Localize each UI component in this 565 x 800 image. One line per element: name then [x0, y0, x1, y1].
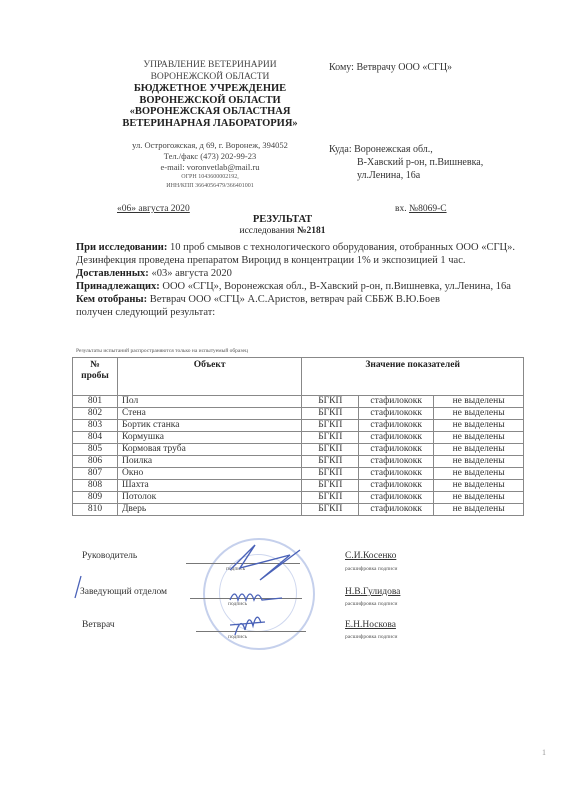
org-line: ВОРОНЕЖСКОЙ ОБЛАСТИ — [100, 72, 320, 84]
header-sample-number: № пробы — [73, 358, 118, 396]
group-name: БГКП — [302, 480, 359, 492]
owner-info: Принадлежащих: ООО «СГЦ», Воронежская об… — [76, 280, 526, 293]
sample-number: 810 — [73, 504, 118, 516]
object-name: Потолок — [117, 492, 301, 504]
object-name: Стена — [117, 408, 301, 420]
indicator-name: стафилококк — [359, 456, 434, 468]
group-name: БГКП — [302, 408, 359, 420]
result-value: не выделены — [434, 504, 524, 516]
group-name: БГКП — [302, 420, 359, 432]
owner-label: Принадлежащих: — [76, 281, 160, 292]
org-address: ул. Острогожская, д 69, г. Воронеж, 3940… — [100, 140, 320, 151]
name-caption: расшифровка подписи — [345, 566, 397, 572]
result-value: не выделены — [434, 432, 524, 444]
indicator-name: стафилококк — [359, 480, 434, 492]
group-name: БГКП — [302, 468, 359, 480]
research-label: При исследовании: — [76, 242, 167, 253]
group-name: БГКП — [302, 444, 359, 456]
indicator-name: стафилококк — [359, 396, 434, 408]
results-note: Результаты испытаний распространяются то… — [76, 348, 248, 354]
indicator-name: стафилококк — [359, 444, 434, 456]
org-line: ВЕТЕРИНАРНАЯ ЛАБОРАТОРИЯ» — [100, 118, 320, 130]
recipient-to: Кому: Ветврачу ООО «СГЦ» — [329, 62, 452, 73]
object-name: Пол — [117, 396, 301, 408]
sample-number: 805 — [73, 444, 118, 456]
research-text: 10 проб смывов с технологического оборуд… — [167, 242, 515, 253]
group-name: БГКП — [302, 492, 359, 504]
org-line: «ВОРОНЕЖСКАЯ ОБЛАСТНАЯ — [100, 106, 320, 118]
delivered-label: Доставленных: — [76, 268, 149, 279]
sampled-label: Кем отобраны: — [76, 294, 147, 305]
organization-contacts: ул. Острогожская, д 69, г. Воронеж, 3940… — [100, 140, 320, 191]
subtitle-prefix: исследования — [240, 226, 297, 236]
group-name: БГКП — [302, 504, 359, 516]
group-name: БГКП — [302, 432, 359, 444]
header-values: Значение показателей — [302, 358, 524, 396]
result-value: не выделены — [434, 468, 524, 480]
incoming-number: вх. №8069-С — [395, 204, 447, 214]
result-value: не выделены — [434, 444, 524, 456]
result-value: не выделены — [434, 492, 524, 504]
research-details: При исследовании: 10 проб смывов с техно… — [76, 241, 526, 319]
object-name: Шахта — [117, 480, 301, 492]
signatory-name: С.И.Косенко — [345, 551, 396, 561]
group-name: БГКП — [302, 456, 359, 468]
result-value: не выделены — [434, 420, 524, 432]
org-ogrn: ОГРН 1043600002192, — [100, 173, 320, 182]
result-value: не выделены — [434, 396, 524, 408]
sample-number: 804 — [73, 432, 118, 444]
results-table: № пробы Объект Значение показателей 801П… — [72, 357, 524, 516]
research-number: №2181 — [297, 226, 326, 236]
signatory-name: Е.Н.Носкова — [345, 620, 396, 630]
group-name: БГКП — [302, 396, 359, 408]
title-text: РЕЗУЛЬТАТ — [253, 214, 312, 225]
sampled-text: Ветврач ООО «СГЦ» А.С.Аристов, ветврач р… — [147, 294, 440, 305]
signatory-name: Н.В.Гулидова — [345, 587, 400, 597]
table-row: 801ПолБГКПстафилококкне выделены — [73, 396, 524, 408]
signature-mark — [72, 574, 84, 600]
org-line: БЮДЖЕТНОЕ УЧРЕЖДЕНИЕ — [100, 83, 320, 95]
table-row: 806ПоилкаБГКПстафилококкне выделены — [73, 456, 524, 468]
sample-number: 802 — [73, 408, 118, 420]
delivered-info: Доставленных: «03» августа 2020 — [76, 267, 526, 280]
indicator-name: стафилококк — [359, 504, 434, 516]
object-name: Бортик станка — [117, 420, 301, 432]
org-phone: Тел./факс (473) 202-99-23 — [100, 151, 320, 162]
object-name: Кормовая труба — [117, 444, 301, 456]
page-number: 1 — [542, 748, 546, 757]
incoming-prefix: вх. — [395, 204, 409, 214]
object-name: Окно — [117, 468, 301, 480]
indicator-name: стафилококк — [359, 468, 434, 480]
sample-number: 807 — [73, 468, 118, 480]
indicator-name: стафилококк — [359, 420, 434, 432]
organization-header: УПРАВЛЕНИЕ ВЕТЕРИНАРИИ ВОРОНЕЖСКОЙ ОБЛАС… — [100, 60, 320, 129]
document-subtitle: исследования №2181 — [0, 226, 565, 236]
sample-number: 808 — [73, 480, 118, 492]
table-row: 802СтенаБГКПстафилококкне выделены — [73, 408, 524, 420]
table-row: 805Кормовая трубаБГКПстафилококкне выдел… — [73, 444, 524, 456]
recipient-address: Куда: Воронежская обл., В-Хавский р-он, … — [329, 143, 483, 182]
signature-role: Ветврач — [82, 620, 115, 630]
table-row: 808ШахтаБГКПстафилококкне выделены — [73, 480, 524, 492]
table-row: 804КормушкаБГКПстафилококкне выделены — [73, 432, 524, 444]
document-date: «06» августа 2020 — [117, 204, 190, 214]
object-name: Кормушка — [117, 432, 301, 444]
name-caption: расшифровка подписи — [345, 634, 397, 640]
table-row: 810ДверьБГКПстафилококкне выделены — [73, 504, 524, 516]
indicator-name: стафилококк — [359, 408, 434, 420]
sampled-info: Кем отобраны: Ветврач ООО «СГЦ» А.С.Арис… — [76, 293, 526, 306]
result-value: не выделены — [434, 480, 524, 492]
sample-number: 806 — [73, 456, 118, 468]
signature-role: Заведующий отделом — [80, 587, 167, 597]
recipient-address-line: ул.Ленина, 16а — [329, 169, 483, 182]
incoming-number-value: №8069-С — [409, 204, 447, 214]
sample-number: 803 — [73, 420, 118, 432]
disinfection-info: Дезинфекция проведена препаратом Вироцид… — [76, 254, 526, 267]
table-row: 809ПотолокБГКПстафилококкне выделены — [73, 492, 524, 504]
research-info: При исследовании: 10 проб смывов с техно… — [76, 241, 526, 254]
handwritten-signatures — [200, 540, 330, 650]
indicator-name: стафилококк — [359, 432, 434, 444]
org-line: УПРАВЛЕНИЕ ВЕТЕРИНАРИИ — [100, 60, 320, 72]
org-email: e-mail: voronvetlab@mail.ru — [100, 162, 320, 173]
owner-text: ООО «СГЦ», Воронежская обл., В-Хавский р… — [160, 281, 511, 292]
result-value: не выделены — [434, 456, 524, 468]
table-row: 803Бортик станкаБГКПстафилококкне выделе… — [73, 420, 524, 432]
org-inn: ИНН/КПП 3664056479/366401001 — [100, 182, 320, 191]
table-header-row: № пробы Объект Значение показателей — [73, 358, 524, 396]
indicator-name: стафилококк — [359, 492, 434, 504]
sample-number: 801 — [73, 396, 118, 408]
header-object: Объект — [117, 358, 301, 396]
org-line: ВОРОНЕЖСКОЙ ОБЛАСТИ — [100, 95, 320, 107]
object-name: Поилка — [117, 456, 301, 468]
signature-role: Руководитель — [82, 551, 137, 561]
recipient-address-line: Куда: Воронежская обл., — [329, 144, 433, 155]
result-intro: получен следующий результат: — [76, 306, 526, 319]
table-row: 807ОкноБГКПстафилококкне выделены — [73, 468, 524, 480]
delivered-text: «03» августа 2020 — [149, 268, 232, 279]
name-caption: расшифровка подписи — [345, 601, 397, 607]
document-title: РЕЗУЛЬТАТ исследования №2181 — [0, 214, 565, 236]
recipient-address-line: В-Хавский р-он, п.Вишневка, — [329, 156, 483, 169]
result-value: не выделены — [434, 408, 524, 420]
object-name: Дверь — [117, 504, 301, 516]
sample-number: 809 — [73, 492, 118, 504]
